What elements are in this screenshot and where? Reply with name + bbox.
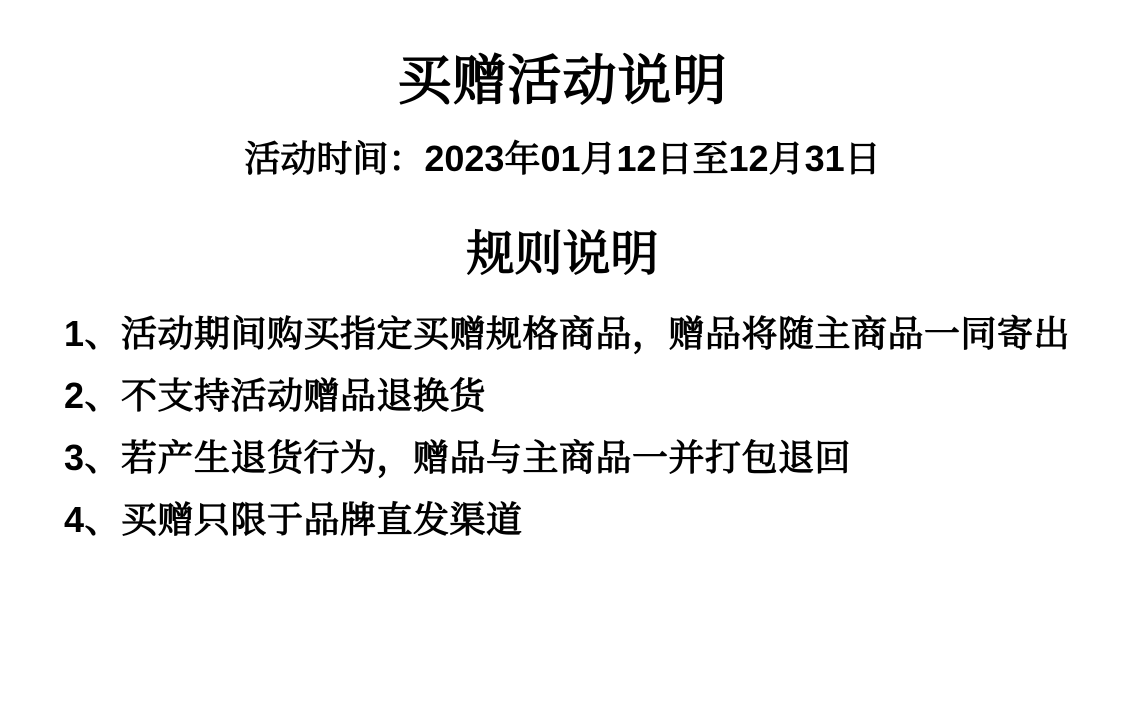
rules-list: 1、活动期间购买指定买赠规格商品，赠品将随主商品一同寄出 2、不支持活动赠品退换… [0, 303, 1125, 551]
page-title: 买赠活动说明 [0, 52, 1125, 111]
rule-item-3: 3、若产生退货行为，赠品与主商品一并打包退回 [64, 427, 1095, 489]
rule-item-4: 4、买赠只限于品牌直发渠道 [64, 489, 1095, 551]
rules-heading: 规则说明 [0, 229, 1125, 282]
rule-item-2: 2、不支持活动赠品退换货 [64, 365, 1095, 427]
promo-rules-page: 买赠活动说明 活动时间：2023年01月12日至12月31日 规则说明 1、活动… [0, 0, 1125, 720]
rule-item-1: 1、活动期间购买指定买赠规格商品，赠品将随主商品一同寄出 [64, 303, 1095, 365]
activity-time-text: 活动时间：2023年01月12日至12月31日 [0, 137, 1125, 180]
